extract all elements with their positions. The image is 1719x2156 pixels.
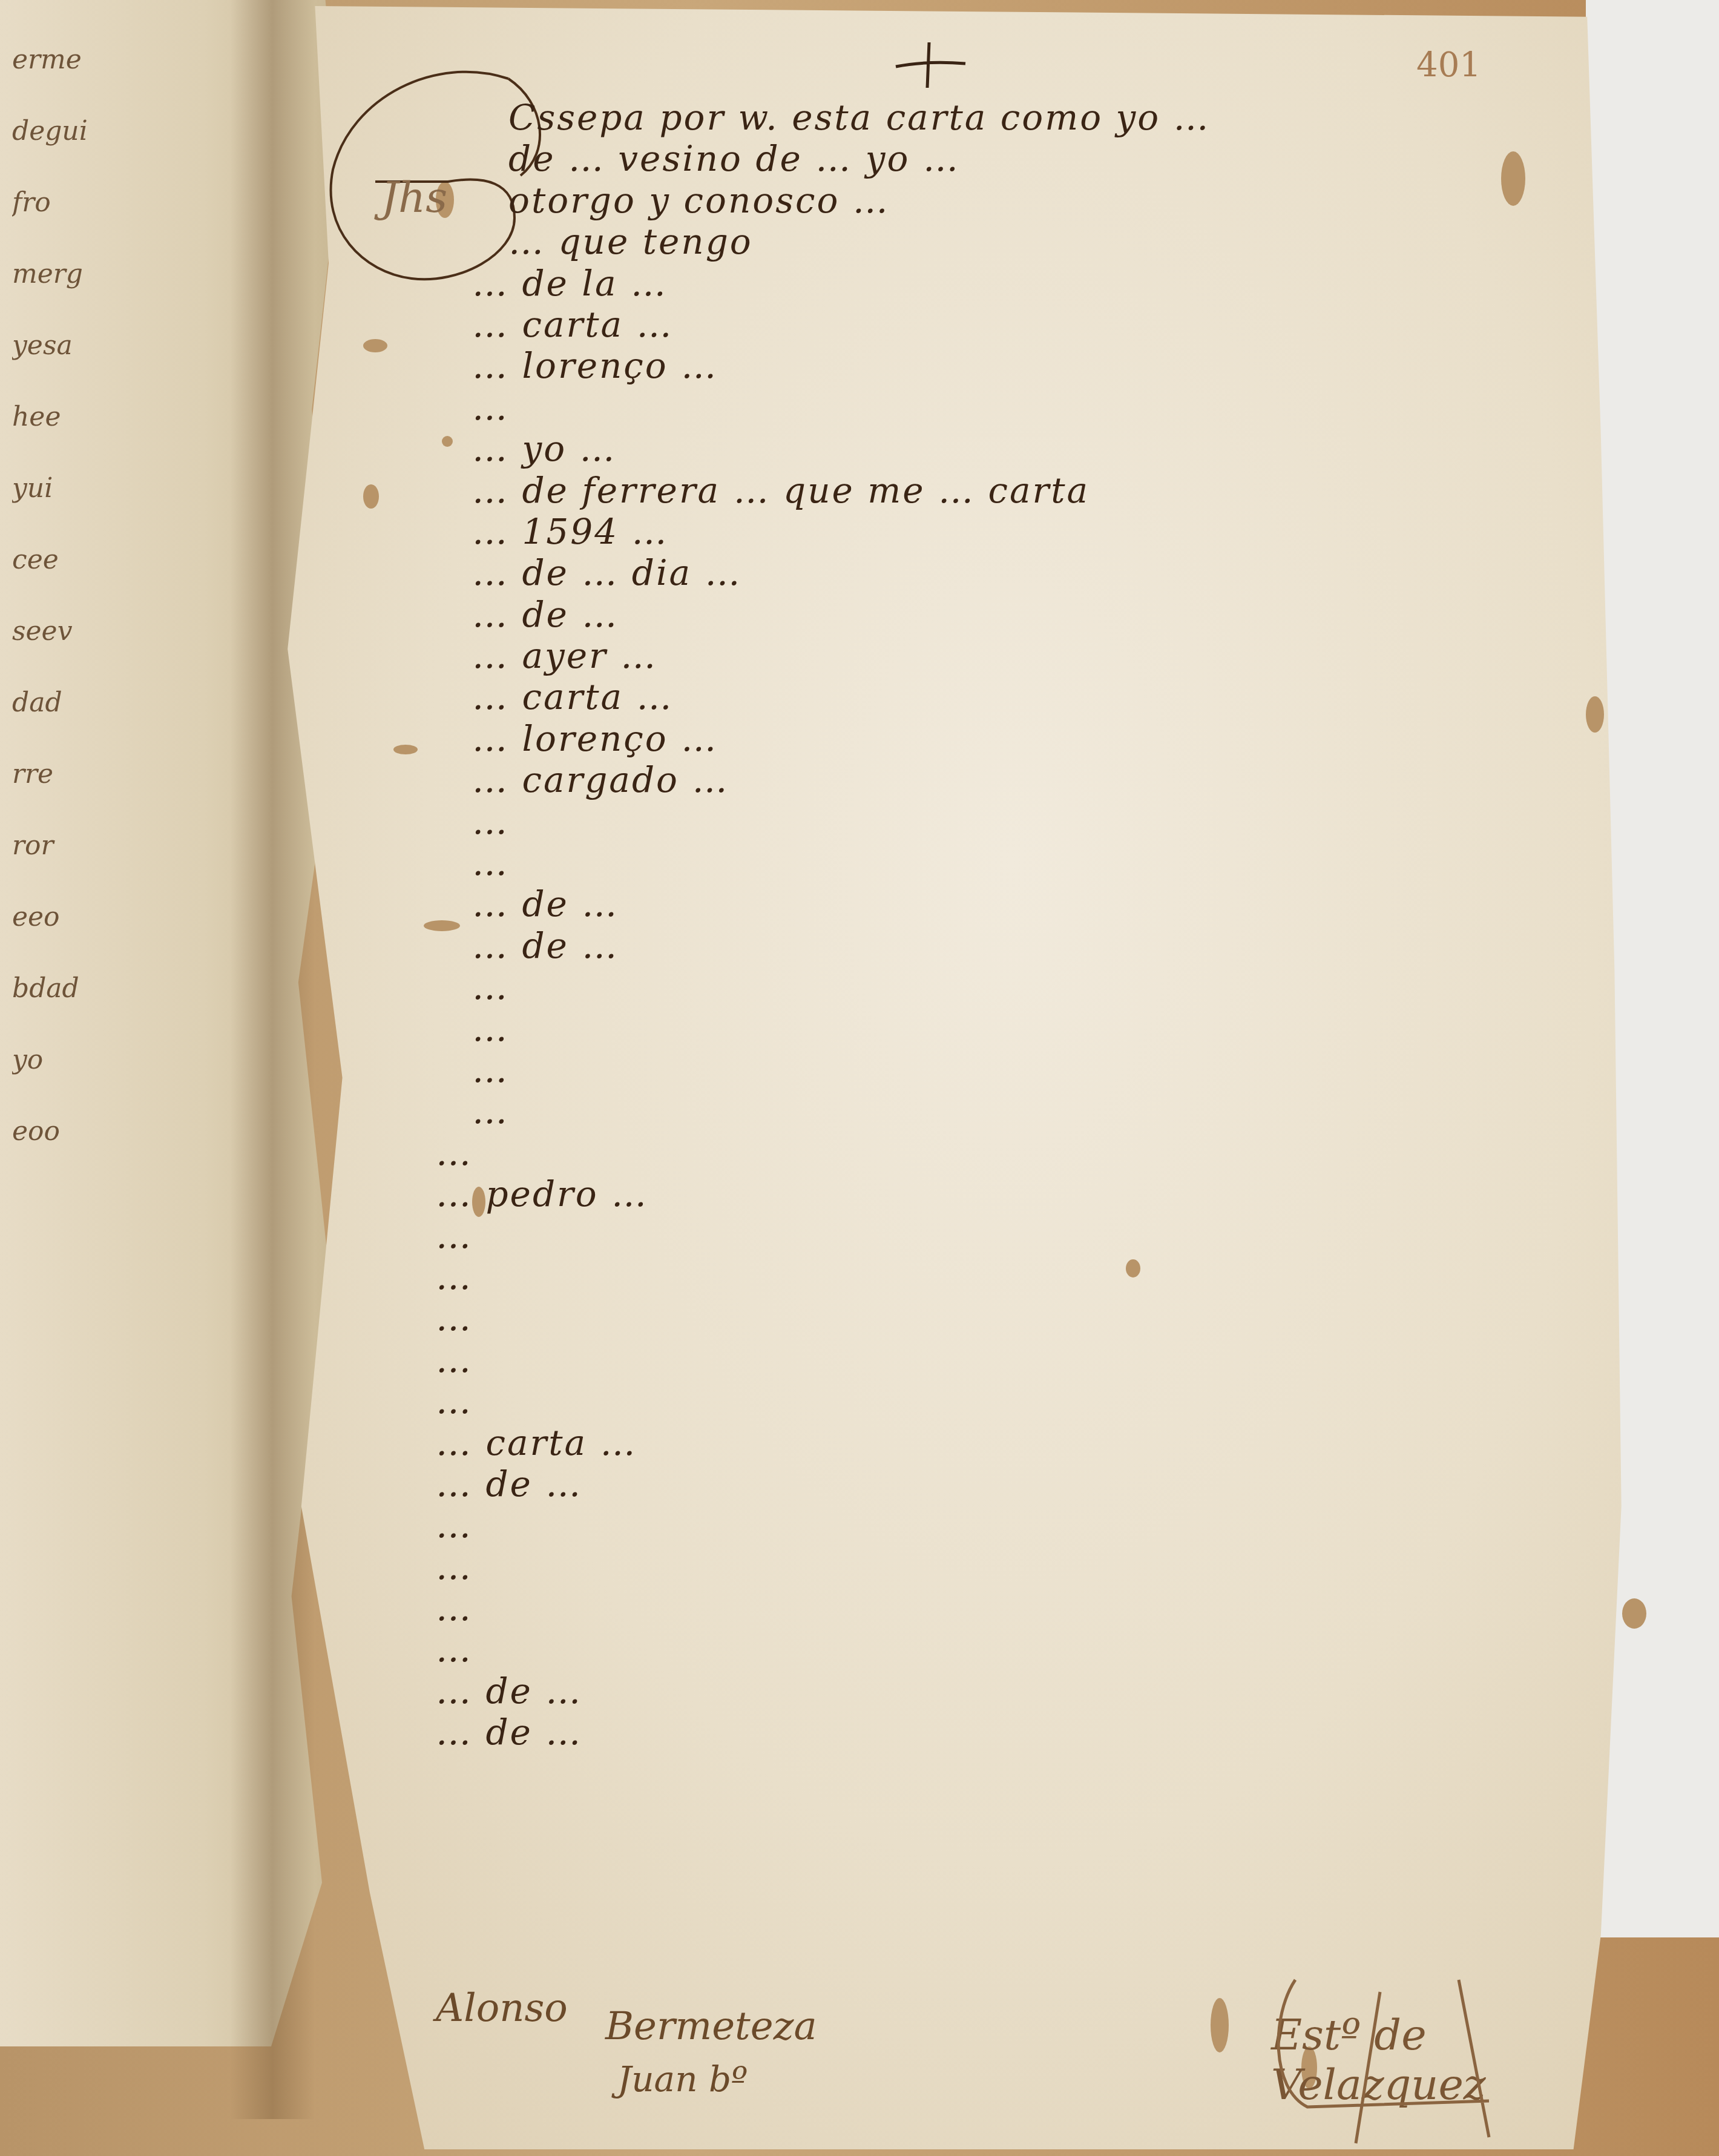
text-line: … de … dia … — [472, 552, 1610, 593]
cross-mark-icon — [890, 36, 968, 91]
left-line: seev — [12, 596, 230, 667]
text-line: … — [472, 1049, 1610, 1090]
left-line: yesa — [12, 310, 230, 381]
text-line: Cssepa por w. esta carta como yo … — [508, 97, 1610, 138]
text-line: … cargado … — [472, 759, 1610, 800]
text-line: … — [436, 1215, 1610, 1256]
left-line: degui — [12, 96, 230, 167]
text-line: … — [472, 1008, 1610, 1049]
text-line: otorgo y conosco … — [508, 180, 1610, 221]
text-line: … — [436, 1297, 1610, 1339]
text-line: … — [436, 1505, 1610, 1546]
text-line: … de … — [472, 883, 1610, 925]
text-line: … de … — [472, 925, 1610, 966]
left-line: yo — [12, 1024, 230, 1096]
text-line: … — [436, 1629, 1610, 1670]
text-line: … de ferrera … que me … carta — [472, 470, 1610, 511]
folio-number: 401 — [1416, 45, 1481, 85]
left-line: rre — [12, 739, 230, 810]
text-line: … de … — [436, 1670, 1610, 1712]
text-line: … lorenço … — [472, 345, 1610, 386]
text-line: … 1594 … — [472, 511, 1610, 552]
text-line: … — [436, 1546, 1610, 1587]
left-line: ror — [12, 810, 230, 882]
text-line: … — [436, 1587, 1610, 1629]
text-line: … — [472, 801, 1610, 842]
text-line: … de … — [472, 594, 1610, 635]
text-line: … lorenço … — [472, 718, 1610, 759]
left-line: fro — [12, 167, 230, 239]
left-line: cee — [12, 524, 230, 596]
svg-text:Jhs: Jhs — [374, 173, 447, 222]
text-line: … — [436, 1132, 1610, 1173]
text-line: de … vesino de … yo … — [508, 138, 1610, 179]
left-line: bdad — [12, 953, 230, 1024]
text-line: … carta … — [472, 304, 1610, 345]
document-body-text: Cssepa por w. esta carta como yo … de … … — [508, 97, 1610, 1753]
left-page-text: erme degui fro merg yesa hee yui cee see… — [12, 24, 230, 1167]
text-line: … — [436, 1256, 1610, 1297]
text-line: … que tengo — [508, 221, 1610, 262]
left-line: eoo — [12, 1096, 230, 1167]
text-line: … — [436, 1339, 1610, 1380]
left-line: dad — [12, 667, 230, 739]
notary-rubric-flourish-icon — [1259, 1968, 1537, 2149]
text-line: … de la … — [472, 263, 1610, 304]
text-line: … de … — [436, 1712, 1610, 1753]
signature-block: Alonso Bermeteza Juan bº Estº de Velazqu… — [424, 1968, 1574, 2149]
witness-signature: Bermeteza — [605, 2004, 817, 2049]
left-line: merg — [12, 239, 230, 310]
text-line: … ayer … — [472, 635, 1610, 676]
text-line: … — [436, 1380, 1610, 1422]
left-line: yui — [12, 453, 230, 524]
left-line: eeo — [12, 882, 230, 953]
text-line: … — [472, 966, 1610, 1007]
text-line: … — [472, 387, 1610, 428]
witness-signature: Alonso — [436, 1986, 568, 2031]
text-line: … de … — [436, 1463, 1610, 1505]
left-line: hee — [12, 381, 230, 453]
text-line: … pedro … — [436, 1173, 1610, 1215]
text-line: … yo … — [472, 428, 1610, 469]
text-line: … carta … — [436, 1422, 1610, 1463]
text-line: … carta … — [472, 676, 1610, 717]
witness-signature: Juan bº — [617, 2059, 748, 2100]
book-gutter — [230, 0, 315, 2119]
left-line: erme — [12, 24, 230, 96]
text-line: … — [472, 1090, 1610, 1132]
text-line: … — [472, 842, 1610, 883]
